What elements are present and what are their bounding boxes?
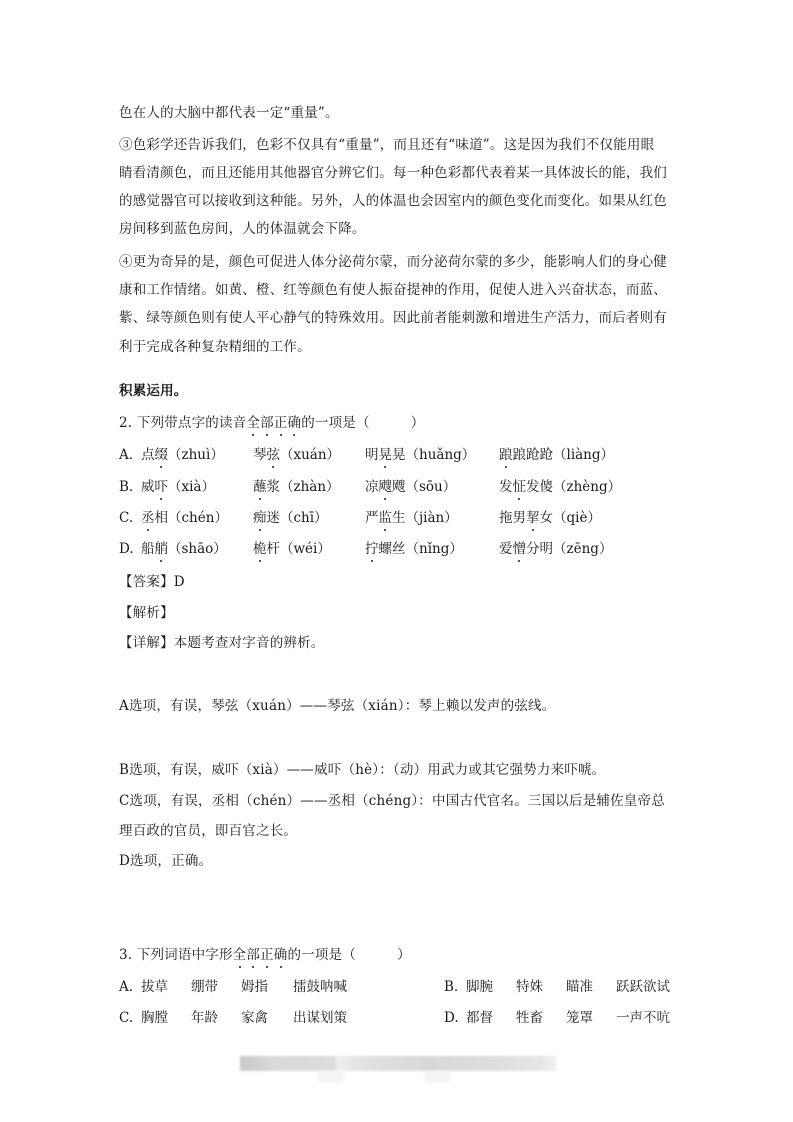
option-label: D.: [119, 540, 134, 558]
option-item: 拖男挈女（qiè）: [499, 509, 601, 527]
question-2-stem: 2. 下列带点字的读音全部正确的一项是（ ）: [119, 414, 425, 432]
dotted-char: 确: [274, 946, 288, 964]
dotted-char: 确: [287, 414, 301, 432]
option-label: B.: [119, 478, 133, 496]
paragraph-4-line: 利于完成各种复杂精细的工作。: [119, 338, 311, 356]
option-word: 牲畜: [516, 1009, 543, 1027]
document-page: 色在人的大脑中都代表一定“重量”。 ③色彩学还告诉我们，色彩不仅具有“重量”，而…: [0, 0, 793, 1122]
option-item: 桅杆（wéi）: [253, 540, 331, 558]
question-2-prefix: 2. 下列带点字的读音: [119, 415, 246, 431]
option-word: 脚腕: [466, 978, 493, 996]
question-3-prefix: 3. 下列词语中字形: [119, 947, 233, 963]
explanation-b: B选项，有误，威吓（xià）——威吓（hè）：（动）用武力或其它强势力来吓唬。: [119, 761, 605, 779]
option-word: 都督: [466, 1009, 493, 1027]
explanation-d: D选项，正确。: [119, 852, 212, 870]
dotted-char: 正: [260, 946, 274, 964]
option-item: 明晃晃（huǎng）: [365, 446, 475, 464]
paragraph-3-line: 睛看清颜色，而且还能用其他器官分辨它们。每一种色彩都代表着某一具体波长的能，我们: [119, 164, 667, 182]
option-label: D.: [444, 1009, 459, 1027]
option-label: A.: [119, 446, 133, 464]
section-heading: 积累运用。: [119, 382, 188, 400]
option-word: 跃跃欲试: [616, 978, 670, 996]
option-item: 琴弦（xuán）: [253, 446, 340, 464]
dotted-char: 正: [274, 414, 288, 432]
dotted-char: 全: [233, 946, 247, 964]
option-word: 瞄准: [566, 978, 593, 996]
option-word: 笼罩: [566, 1009, 593, 1027]
paragraph-4-line: 康和工作情绪。如黄、橙、红等颜色有使人振奋提神的作用，促使人进入兴奋状态，而蓝、: [119, 281, 667, 299]
option-word: 胸膛: [141, 1009, 168, 1027]
option-item: 爱憎分明（zēng）: [499, 540, 612, 558]
analysis-label: 【解析】: [119, 604, 174, 622]
option-label: C.: [119, 509, 133, 527]
dotted-char: 部: [246, 946, 260, 964]
option-word: 姆指: [241, 978, 268, 996]
blurred-footer-watermark: [240, 1056, 556, 1071]
option-word: 家禽: [241, 1009, 268, 1027]
option-word: 出谋划策: [293, 1009, 347, 1027]
option-item: 踉踉跄跄（liàng）: [499, 446, 614, 464]
answer-label: 【答案】D: [119, 573, 185, 591]
dotted-char: 全: [246, 414, 260, 432]
paragraph-3-line: 房间移到蓝色房间，人的体温就会下降。: [119, 220, 366, 238]
option-item: 威吓（xià）: [141, 478, 215, 496]
option-word: 一声不吭: [616, 1009, 670, 1027]
option-item: 痴迷（chī）: [253, 509, 328, 527]
explanation-a: A选项，有误，琴弦（xuán）——琴弦（xián）：琴上赖以发声的弦线。: [119, 697, 555, 715]
option-item: 发怔发傻（zhèng）: [499, 478, 621, 496]
option-word: 绷带: [191, 978, 218, 996]
option-item: 点缀（zhuì）: [141, 446, 224, 464]
question-3-stem: 3. 下列词语中字形全部正确的一项是（ ）: [119, 946, 411, 964]
option-item: 严监生（jiàn）: [365, 509, 458, 527]
option-item: 船艄（shāo）: [141, 540, 227, 558]
question-2-suffix: 的一项是（ ）: [301, 415, 424, 431]
option-label: A.: [119, 978, 133, 996]
paragraph-4-line: ④更为奇异的是，颜色可促进人体分泌荷尔蒙，而分泌荷尔蒙的多少，能影响人们的身心健: [119, 253, 667, 271]
option-item: 蘸浆（zhàn）: [253, 478, 340, 496]
option-label: B.: [444, 978, 458, 996]
option-item: 凉飕飕（sōu）: [365, 478, 456, 496]
paragraph-3-line: ③色彩学还告诉我们，色彩不仅具有“重量”，而且还有“味道”。这是因为我们不仅能用…: [119, 136, 654, 154]
explanation-c-cont: 理百政的官员，即百官之长。: [119, 822, 297, 840]
option-word: 拔草: [141, 978, 168, 996]
paragraph-4-line: 紫、绿等颜色则有使人平心静气的特殊效用。因此前者能刺激和增进生产活力，而后者则有: [119, 309, 667, 327]
option-item: 拧螺丝（nǐng）: [365, 540, 463, 558]
detail-text: 【详解】本题考查对字音的辨析。: [119, 634, 325, 652]
dotted-char: 部: [260, 414, 274, 432]
option-label: C.: [119, 1009, 133, 1027]
option-word: 擂鼓呐喊: [293, 978, 347, 996]
paragraph-3-line: 的感觉器官可以接收到这种能。另外，人的体温也会因室内的颜色变化而变化。如果从红色: [119, 192, 667, 210]
blurred-footer-fragment: [318, 1072, 344, 1082]
option-word: 特姝: [516, 978, 543, 996]
question-3-suffix: 的一项是（ ）: [287, 947, 410, 963]
passage-line: 色在人的大脑中都代表一定“重量”。: [119, 104, 339, 122]
blurred-footer-fragment: [424, 1072, 450, 1082]
option-word: 年龄: [191, 1009, 218, 1027]
option-item: 丞相（chén）: [141, 509, 228, 527]
explanation-c: C选项，有误，丞相（chén）——丞相（chéng）：中国古代官名。三国以后是辅…: [119, 792, 665, 810]
